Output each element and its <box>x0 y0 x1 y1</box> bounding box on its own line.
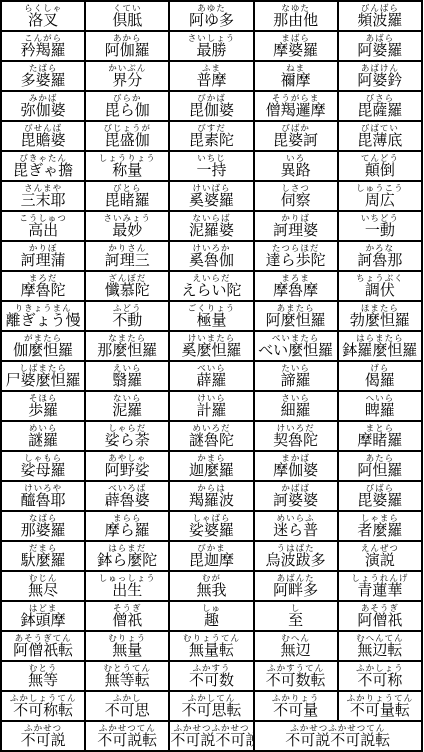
numeral-word: 離ぎょう慢 <box>2 313 84 330</box>
numeral-word: 謎羅 <box>2 433 84 450</box>
numeral-word: 薜羅 <box>170 373 252 390</box>
table-row: ふかしょうてん不可称転ふかし不可思ふかしてん不可思転ふかりょう不可量ふかりょうて… <box>1 691 422 721</box>
table-cell: まとら摩睹羅 <box>338 421 422 451</box>
numeral-word: 毘贍婆 <box>2 133 84 150</box>
table-cell: りきょうまん離ぎょう慢 <box>1 301 85 331</box>
numeral-word: 毘伽婆 <box>170 103 252 120</box>
numeral-word: 阿野娑 <box>86 463 168 480</box>
numeral-word: 至 <box>255 613 337 630</box>
table-cell: べいろば薜魯婆 <box>85 481 169 511</box>
numeral-word: えらい陀 <box>170 283 252 300</box>
table-cell: さいみょう最妙 <box>85 211 169 241</box>
numeral-word: 不可思 <box>86 703 168 720</box>
numeral-word: 泥羅 <box>86 403 168 420</box>
table-cell: ふかしょうてん不可称転 <box>1 691 85 721</box>
table-cell: ふかせつてん不可説転 <box>85 721 169 751</box>
table-cell: ふどう不動 <box>85 301 169 331</box>
numeral-word: 泥羅婆 <box>170 223 252 240</box>
table-cell: けいろや醯魯耶 <box>1 481 85 511</box>
table-row: びきゃたん毘ぎゃ擔しょうりょう称量いちじ一持いろ異路てんどう顛倒 <box>1 151 422 181</box>
table-cell: なゆた那由他 <box>254 1 338 31</box>
table-cell: むへんてん無辺転 <box>338 631 422 661</box>
table-row: びせんば毘贍婆びじょうが毘盛伽びすだ毘素陀びばか毘婆訶びばてい毘薄底 <box>1 121 422 151</box>
table-cell: しゃまら者麼羅 <box>338 511 422 541</box>
table-cell: えいらだえらい陀 <box>169 271 253 301</box>
table-cell: まらら摩ら羅 <box>85 511 169 541</box>
table-cell: あたら阿怛羅 <box>338 451 422 481</box>
table-cell: まろま摩魯摩 <box>254 271 338 301</box>
buddhist-numerals-table: らくしゃ洛叉くてい倶胝あゆた阿ゆ多なゆた那由他びんばら頻波羅こんがら矜羯羅あから… <box>0 0 423 752</box>
numeral-word: 禰摩 <box>255 73 337 90</box>
numeral-word: 不可説転 <box>86 733 168 750</box>
table-cell: からは羯羅波 <box>169 481 253 511</box>
numeral-word: 異路 <box>255 163 337 180</box>
table-row: こうしゅつ高出さいみょう最妙ないらば泥羅婆かりば訶理婆いちどう一動 <box>1 211 422 241</box>
numeral-word: 訶魯那 <box>339 253 421 270</box>
table-cell: かいぶん界分 <box>85 61 169 91</box>
table-cell: えんぜつ演説 <box>338 541 422 571</box>
table-cell: びらか毘ら伽 <box>85 91 169 121</box>
table-row: まろだ摩魯陀ざんぼだ懺慕陀えいらだえらい陀まろま摩魯摩ちょうぶく調伏 <box>1 271 422 301</box>
numeral-word: 摩ら羅 <box>86 523 168 540</box>
numeral-word: 趣 <box>170 613 252 630</box>
table-cell: めいろだ謎魯陀 <box>169 421 253 451</box>
table-cell: びとら毘睹羅 <box>85 181 169 211</box>
numeral-word: 烏波跋多 <box>255 553 337 570</box>
table-cell: なばら那婆羅 <box>1 511 85 541</box>
numeral-word: 摩婆羅 <box>255 43 337 60</box>
table-cell: あそうぎ阿僧祇 <box>338 601 422 631</box>
numeral-word: 最妙 <box>86 223 168 240</box>
table-cell: むりょうてん無量転 <box>169 631 253 661</box>
numeral-word: 高出 <box>2 223 84 240</box>
table-cell: あやしゃ阿野娑 <box>85 451 169 481</box>
table-cell: げら偈羅 <box>338 361 422 391</box>
numeral-word: 不可説不可説 <box>170 733 252 750</box>
table-cell: さいら細羅 <box>254 391 338 421</box>
table-cell: けいばら奚婆羅 <box>169 181 253 211</box>
numeral-word: 毘ぎゃ擔 <box>2 163 84 180</box>
table-row: はどま鉢頭摩そうぎ僧祇しゅ趣し至あそうぎ阿僧祇 <box>1 601 422 631</box>
numeral-word: 訶婆婆 <box>255 493 337 510</box>
table-cell: かばば訶婆婆 <box>254 481 338 511</box>
numeral-word: 洛叉 <box>2 13 84 30</box>
numeral-word: 毘薄底 <box>339 133 421 150</box>
numeral-word: 偈羅 <box>339 373 421 390</box>
numeral-word: 普摩 <box>170 73 252 90</box>
numeral-word: 毘婆訶 <box>255 133 337 150</box>
table-cell: むが無我 <box>169 571 253 601</box>
table-cell: あばら阿婆羅 <box>338 31 422 61</box>
table-cell: ないらば泥羅婆 <box>169 211 253 241</box>
numeral-word: 那婆羅 <box>2 523 84 540</box>
numeral-word: 多婆羅 <box>2 73 84 90</box>
numeral-word: 娑婆羅 <box>170 523 252 540</box>
numeral-word: 阿ゆ多 <box>170 13 252 30</box>
numeral-word: 阿畔多 <box>255 583 337 600</box>
table-row: あそうぎてん阿僧祇転むりょう無量むりょうてん無量転むへん無辺むへんてん無辺転 <box>1 631 422 661</box>
table-cell: ふかしてん不可思転 <box>169 691 253 721</box>
table-cell: びかば毘伽婆 <box>169 91 253 121</box>
numeral-word: 謎魯陀 <box>170 433 252 450</box>
numeral-word: 無量転 <box>170 643 252 660</box>
numeral-word: 鉢ら麼陀 <box>86 553 168 570</box>
table-cell: ちょうぶく調伏 <box>338 271 422 301</box>
numeral-word: 毘ら伽 <box>86 103 168 120</box>
table-cell: びさら毘薩羅 <box>338 91 422 121</box>
table-cell: はらまたら鉢羅麼怛羅 <box>338 331 422 361</box>
numeral-word: 阿婆羅 <box>339 43 421 60</box>
numeral-word: 不可数転 <box>255 673 337 690</box>
table-row: がまたら伽麼怛羅なまたら那麼怛羅けいまたら奚麼怛羅べいまたらべい麼怛羅はらまたら… <box>1 331 422 361</box>
table-cell: めいらふ迷ら普 <box>254 511 338 541</box>
numeral-word: 僧羯邏摩 <box>255 103 337 120</box>
table-cell: いちどう一動 <box>338 211 422 241</box>
table-cell: ないら泥羅 <box>85 391 169 421</box>
table-cell: かまら迦麼羅 <box>169 451 253 481</box>
table-row: さんまや三末耶びとら毘睹羅けいばら奚婆羅しさつ伺察しゅうこう周広 <box>1 181 422 211</box>
numeral-word: 阿怛羅 <box>339 463 421 480</box>
table-cell: し至 <box>254 601 338 631</box>
numeral-word: 伽麼怛羅 <box>2 343 84 360</box>
table-cell: あゆた阿ゆ多 <box>169 1 253 31</box>
table-cell: まかば摩伽婆 <box>254 451 338 481</box>
table-cell: うはばた烏波跋多 <box>254 541 338 571</box>
table-cell: ふかしょう不可称 <box>338 661 422 691</box>
table-cell: そほら歩羅 <box>1 391 85 421</box>
numeral-word: 摩伽婆 <box>255 463 337 480</box>
table-cell: あから阿伽羅 <box>85 31 169 61</box>
numeral-word: 者麼羅 <box>339 523 421 540</box>
table-cell: そうがらま僧羯邏摩 <box>254 91 338 121</box>
table-cell: びかま毘迦摩 <box>169 541 253 571</box>
table-cell: はらまだ鉢ら麼陀 <box>85 541 169 571</box>
table-cell: しゃらだ娑ら荼 <box>85 421 169 451</box>
table-cell: しゅうこう周広 <box>338 181 422 211</box>
table-cell: びんばら頻波羅 <box>338 1 422 31</box>
numeral-word: 伺察 <box>255 193 337 210</box>
table-row: なばら那婆羅まらら摩ら羅しゃばら娑婆羅めいらふ迷ら普しゃまら者麼羅 <box>1 511 422 541</box>
numeral-word: 娑母羅 <box>2 463 84 480</box>
numeral-word: 無等転 <box>86 673 168 690</box>
table-cell: びせんば毘贍婆 <box>1 121 85 151</box>
table-cell: けいら計羅 <box>169 391 253 421</box>
table-cell: びすだ毘素陀 <box>169 121 253 151</box>
numeral-word: 羯羅波 <box>170 493 252 510</box>
table-body: らくしゃ洛叉くてい倶胝あゆた阿ゆ多なゆた那由他びんばら頻波羅こんがら矜羯羅あから… <box>1 1 422 751</box>
table-row: たばら多婆羅かいぶん界分ふま普摩ねま禰摩あばけん阿婆鈐 <box>1 61 422 91</box>
numeral-word: 達ら歩陀 <box>255 253 337 270</box>
numeral-word: 無等 <box>2 673 84 690</box>
table-cell: あばけん阿婆鈐 <box>338 61 422 91</box>
table-cell: たいら諦羅 <box>254 361 338 391</box>
table-cell: ふかせつ不可説 <box>1 721 85 751</box>
table-cell: ごくりょう極量 <box>169 301 253 331</box>
table-cell: だまら馱麼羅 <box>1 541 85 571</box>
table-cell: なまたら那麼怛羅 <box>85 331 169 361</box>
table-cell: ふま普摩 <box>169 61 253 91</box>
table-cell: かりさん訶理三 <box>85 241 169 271</box>
numeral-word: 不可量 <box>255 703 337 720</box>
table-cell: がまたら伽麼怛羅 <box>1 331 85 361</box>
numeral-word: 奚魯伽 <box>170 253 252 270</box>
table-cell: ふかし不可思 <box>85 691 169 721</box>
table-cell: けいろだ契魯陀 <box>254 421 338 451</box>
numeral-word: 三末耶 <box>2 193 84 210</box>
numeral-word: 摩魯陀 <box>2 283 84 300</box>
numeral-word: 一持 <box>170 163 252 180</box>
numeral-word: 毘盛伽 <box>86 133 168 150</box>
table-cell: らくしゃ洛叉 <box>1 1 85 31</box>
numeral-word: 娑ら荼 <box>86 433 168 450</box>
numeral-word: 毘婆羅 <box>339 493 421 510</box>
numeral-word: 睥羅 <box>339 403 421 420</box>
table-cell: くてい倶胝 <box>85 1 169 31</box>
numeral-word: 不可説不可説転 <box>255 733 421 750</box>
table-row: らくしゃ洛叉くてい倶胝あゆた阿ゆ多なゆた那由他びんばら頻波羅 <box>1 1 422 31</box>
numeral-word: 訶理三 <box>86 253 168 270</box>
numeral-word: 称量 <box>86 163 168 180</box>
numeral-word: 出生 <box>86 583 168 600</box>
table-cell: かりば訶理婆 <box>254 211 338 241</box>
table-cell: ふかりょう不可量 <box>254 691 338 721</box>
table-cell: しさつ伺察 <box>254 181 338 211</box>
table-row: かりぼ訶理蒲かりさん訶理三けいろか奚魯伽たつらほだ達ら歩陀かろな訶魯那 <box>1 241 422 271</box>
numeral-word: 不可称 <box>339 673 421 690</box>
numeral-word: 醯魯耶 <box>2 493 84 510</box>
table-cell: ふかすうてん不可数転 <box>254 661 338 691</box>
numeral-word: 迷ら普 <box>255 523 337 540</box>
numeral-word: 毘薩羅 <box>339 103 421 120</box>
table-row: しばまたら尸婆麼怛羅えいら翳羅べいら薜羅たいら諦羅げら偈羅 <box>1 361 422 391</box>
table-cell: びきゃたん毘ぎゃ擔 <box>1 151 85 181</box>
table-cell: びばら毘婆羅 <box>338 481 422 511</box>
numeral-word: 諦羅 <box>255 373 337 390</box>
table-row: しゃもら娑母羅あやしゃ阿野娑かまら迦麼羅まかば摩伽婆あたら阿怛羅 <box>1 451 422 481</box>
numeral-word: 那麼怛羅 <box>86 343 168 360</box>
numeral-word: 不可称転 <box>2 703 84 720</box>
table-cell: あまたら阿麼怛羅 <box>254 301 338 331</box>
table-cell: むとうてん無等転 <box>85 661 169 691</box>
table-cell: むりょう無量 <box>85 631 169 661</box>
numeral-word: 阿伽羅 <box>86 43 168 60</box>
numeral-word: 訶理婆 <box>255 223 337 240</box>
table-cell: しょうりょう称量 <box>85 151 169 181</box>
table-row: めいら謎羅しゃらだ娑ら荼めいろだ謎魯陀けいろだ契魯陀まとら摩睹羅 <box>1 421 422 451</box>
table-row: だまら馱麼羅はらまだ鉢ら麼陀びかま毘迦摩うはばた烏波跋多えんぜつ演説 <box>1 541 422 571</box>
numeral-word: 細羅 <box>255 403 337 420</box>
numeral-word: 阿麼怛羅 <box>255 313 337 330</box>
numeral-word: べい麼怛羅 <box>255 343 337 360</box>
numeral-word: 無辺転 <box>339 643 421 660</box>
table-cell: かりぼ訶理蒲 <box>1 241 85 271</box>
table-cell: さんまや三末耶 <box>1 181 85 211</box>
numeral-word: 極量 <box>170 313 252 330</box>
numeral-word: 摩睹羅 <box>339 433 421 450</box>
table-row: けいろや醯魯耶べいろば薜魯婆からは羯羅波かばば訶婆婆びばら毘婆羅 <box>1 481 422 511</box>
table-cell: ほまたら勃麼怛羅 <box>338 301 422 331</box>
table-cell: しゅっしょう出生 <box>85 571 169 601</box>
numeral-word: 鉢羅麼怛羅 <box>339 343 421 360</box>
numeral-word: 薜魯婆 <box>86 493 168 510</box>
table-cell: しゃもら娑母羅 <box>1 451 85 481</box>
numeral-word: 最勝 <box>170 43 252 60</box>
table-cell: しばまたら尸婆麼怛羅 <box>1 361 85 391</box>
table-row: むじん無尽しゅっしょう出生むが無我あばんた阿畔多しょうれんげ青蓮華 <box>1 571 422 601</box>
table-cell: こんがら矜羯羅 <box>1 31 85 61</box>
table-cell: ざんぼだ懺慕陀 <box>85 271 169 301</box>
table-cell: けいまたら奚麼怛羅 <box>169 331 253 361</box>
table-cell: はどま鉢頭摩 <box>1 601 85 631</box>
table-cell: てんどう顛倒 <box>338 151 422 181</box>
numeral-word: 頻波羅 <box>339 13 421 30</box>
numeral-word: 那由他 <box>255 13 337 30</box>
table-cell: まろだ摩魯陀 <box>1 271 85 301</box>
numeral-word: 毘迦摩 <box>170 553 252 570</box>
table-cell: たつらほだ達ら歩陀 <box>254 241 338 271</box>
numeral-word: 不動 <box>86 313 168 330</box>
numeral-word: 一動 <box>339 223 421 240</box>
table-cell: めいら謎羅 <box>1 421 85 451</box>
numeral-word: 翳羅 <box>86 373 168 390</box>
numeral-word: 矜羯羅 <box>2 43 84 60</box>
table-cell: いちじ一持 <box>169 151 253 181</box>
table-cell: へいら睥羅 <box>338 391 422 421</box>
table-row: みかば弥伽婆びらか毘ら伽びかば毘伽婆そうがらま僧羯邏摩びさら毘薩羅 <box>1 91 422 121</box>
numeral-word: 無我 <box>170 583 252 600</box>
numeral-word: 顛倒 <box>339 163 421 180</box>
table-cell: しょうれんげ青蓮華 <box>338 571 422 601</box>
table-cell: びじょうが毘盛伽 <box>85 121 169 151</box>
table-cell: さいしょう最勝 <box>169 31 253 61</box>
table-cell: いろ異路 <box>254 151 338 181</box>
numeral-word: 調伏 <box>339 283 421 300</box>
numeral-word: 馱麼羅 <box>2 553 84 570</box>
table-cell: ふかせつふかせつてん不可説不可説転 <box>254 721 422 751</box>
table-row: そほら歩羅ないら泥羅けいら計羅さいら細羅へいら睥羅 <box>1 391 422 421</box>
table-cell: みかば弥伽婆 <box>1 91 85 121</box>
numeral-word: 阿僧祇 <box>339 613 421 630</box>
table-cell: けいろか奚魯伽 <box>169 241 253 271</box>
numeral-word: 阿僧祇転 <box>2 643 84 660</box>
numeral-word: 勃麼怛羅 <box>339 313 421 330</box>
numeral-word: 訶理蒲 <box>2 253 84 270</box>
numeral-word: 懺慕陀 <box>86 283 168 300</box>
table-cell: むへん無辺 <box>254 631 338 661</box>
numeral-word: 青蓮華 <box>339 583 421 600</box>
numeral-word: 計羅 <box>170 403 252 420</box>
numeral-word: 奚婆羅 <box>170 193 252 210</box>
table-cell: びばか毘婆訶 <box>254 121 338 151</box>
table-cell: べいら薜羅 <box>169 361 253 391</box>
numeral-word: 不可思転 <box>170 703 252 720</box>
table-cell: むとう無等 <box>1 661 85 691</box>
table-cell: まばら摩婆羅 <box>254 31 338 61</box>
numeral-word: 弥伽婆 <box>2 103 84 120</box>
numeral-word: 不可量転 <box>339 703 421 720</box>
table-row: むとう無等むとうてん無等転ふかすう不可数ふかすうてん不可数転ふかしょう不可称 <box>1 661 422 691</box>
numeral-word: 不可数 <box>170 673 252 690</box>
table-cell: ふかりょうてん不可量転 <box>338 691 422 721</box>
table-cell: あそうぎてん阿僧祇転 <box>1 631 85 661</box>
table-cell: そうぎ僧祇 <box>85 601 169 631</box>
table-cell: ふかすう不可数 <box>169 661 253 691</box>
numeral-word: 無量 <box>86 643 168 660</box>
table-cell: あばんた阿畔多 <box>254 571 338 601</box>
numeral-word: 無尽 <box>2 583 84 600</box>
table-cell: ふかせつふかせつ不可説不可説 <box>169 721 253 751</box>
table-row: りきょうまん離ぎょう慢ふどう不動ごくりょう極量あまたら阿麼怛羅ほまたら勃麼怛羅 <box>1 301 422 331</box>
numeral-word: 不可説 <box>2 733 84 750</box>
table-row: こんがら矜羯羅あから阿伽羅さいしょう最勝まばら摩婆羅あばら阿婆羅 <box>1 31 422 61</box>
table-cell: むじん無尽 <box>1 571 85 601</box>
table-cell: べいまたらべい麼怛羅 <box>254 331 338 361</box>
numeral-word: 毘素陀 <box>170 133 252 150</box>
numeral-word: 尸婆麼怛羅 <box>2 373 84 390</box>
numeral-word: 阿婆鈐 <box>339 73 421 90</box>
table-cell: びばてい毘薄底 <box>338 121 422 151</box>
numeral-word: 毘睹羅 <box>86 193 168 210</box>
numeral-word: 奚麼怛羅 <box>170 343 252 360</box>
numeral-word: 僧祇 <box>86 613 168 630</box>
numeral-word: 倶胝 <box>86 13 168 30</box>
numeral-word: 迦麼羅 <box>170 463 252 480</box>
numeral-word: 演説 <box>339 553 421 570</box>
numeral-word: 摩魯摩 <box>255 283 337 300</box>
numeral-word: 歩羅 <box>2 403 84 420</box>
table-cell: ねま禰摩 <box>254 61 338 91</box>
numeral-word: 無辺 <box>255 643 337 660</box>
table-cell: こうしゅつ高出 <box>1 211 85 241</box>
table-cell: えいら翳羅 <box>85 361 169 391</box>
table-row: ふかせつ不可説ふかせつてん不可説転ふかせつふかせつ不可説不可説ふかせつふかせつて… <box>1 721 422 751</box>
numeral-word: 周広 <box>339 193 421 210</box>
numeral-word: 契魯陀 <box>255 433 337 450</box>
table-cell: かろな訶魯那 <box>338 241 422 271</box>
table-cell: しゅ趣 <box>169 601 253 631</box>
table-cell: しゃばら娑婆羅 <box>169 511 253 541</box>
table-cell: たばら多婆羅 <box>1 61 85 91</box>
numeral-word: 界分 <box>86 73 168 90</box>
numeral-word: 鉢頭摩 <box>2 613 84 630</box>
